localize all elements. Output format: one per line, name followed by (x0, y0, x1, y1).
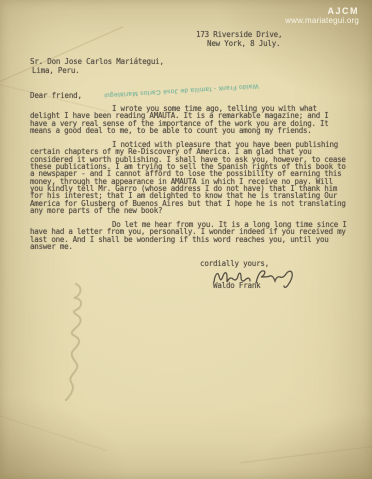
site-url: www.mariategui.org (285, 16, 359, 26)
archive-stamp: Waldo Frank - familia de José Carlos Mar… (91, 75, 272, 100)
pencil-mark: × (33, 245, 37, 252)
recipient-city: Lima, Peru. (32, 67, 164, 76)
site-abbreviation: AJCM (285, 6, 359, 16)
paragraph-1: I wrote you some time ago, telling you w… (30, 105, 348, 134)
paragraph-3: Do let me hear from you. It is a long lo… (30, 221, 348, 250)
salutation: Dear friend, (30, 91, 82, 100)
letter-scan: AJCM www.mariategui.org 173 Riverside Dr… (0, 0, 372, 479)
paper-crease (0, 406, 107, 451)
typed-signature: Waldo Frank (213, 281, 260, 290)
paragraph-2: I noticed with pleasure that you have be… (30, 141, 348, 214)
pencil-scribble-icon (46, 280, 90, 404)
sender-address: 173 Riverside Drive, New York, 8 July. (196, 31, 282, 48)
recipient-address: Sr. Don Jose Carlos Mariátegui, Lima, Pe… (30, 58, 164, 75)
watermark-header: AJCM www.mariategui.org (285, 6, 359, 26)
paper-crease (240, 442, 372, 463)
sender-address-line2: New York, 8 July. (207, 40, 282, 49)
letter-body: I wrote you some time ago, telling you w… (30, 105, 348, 257)
